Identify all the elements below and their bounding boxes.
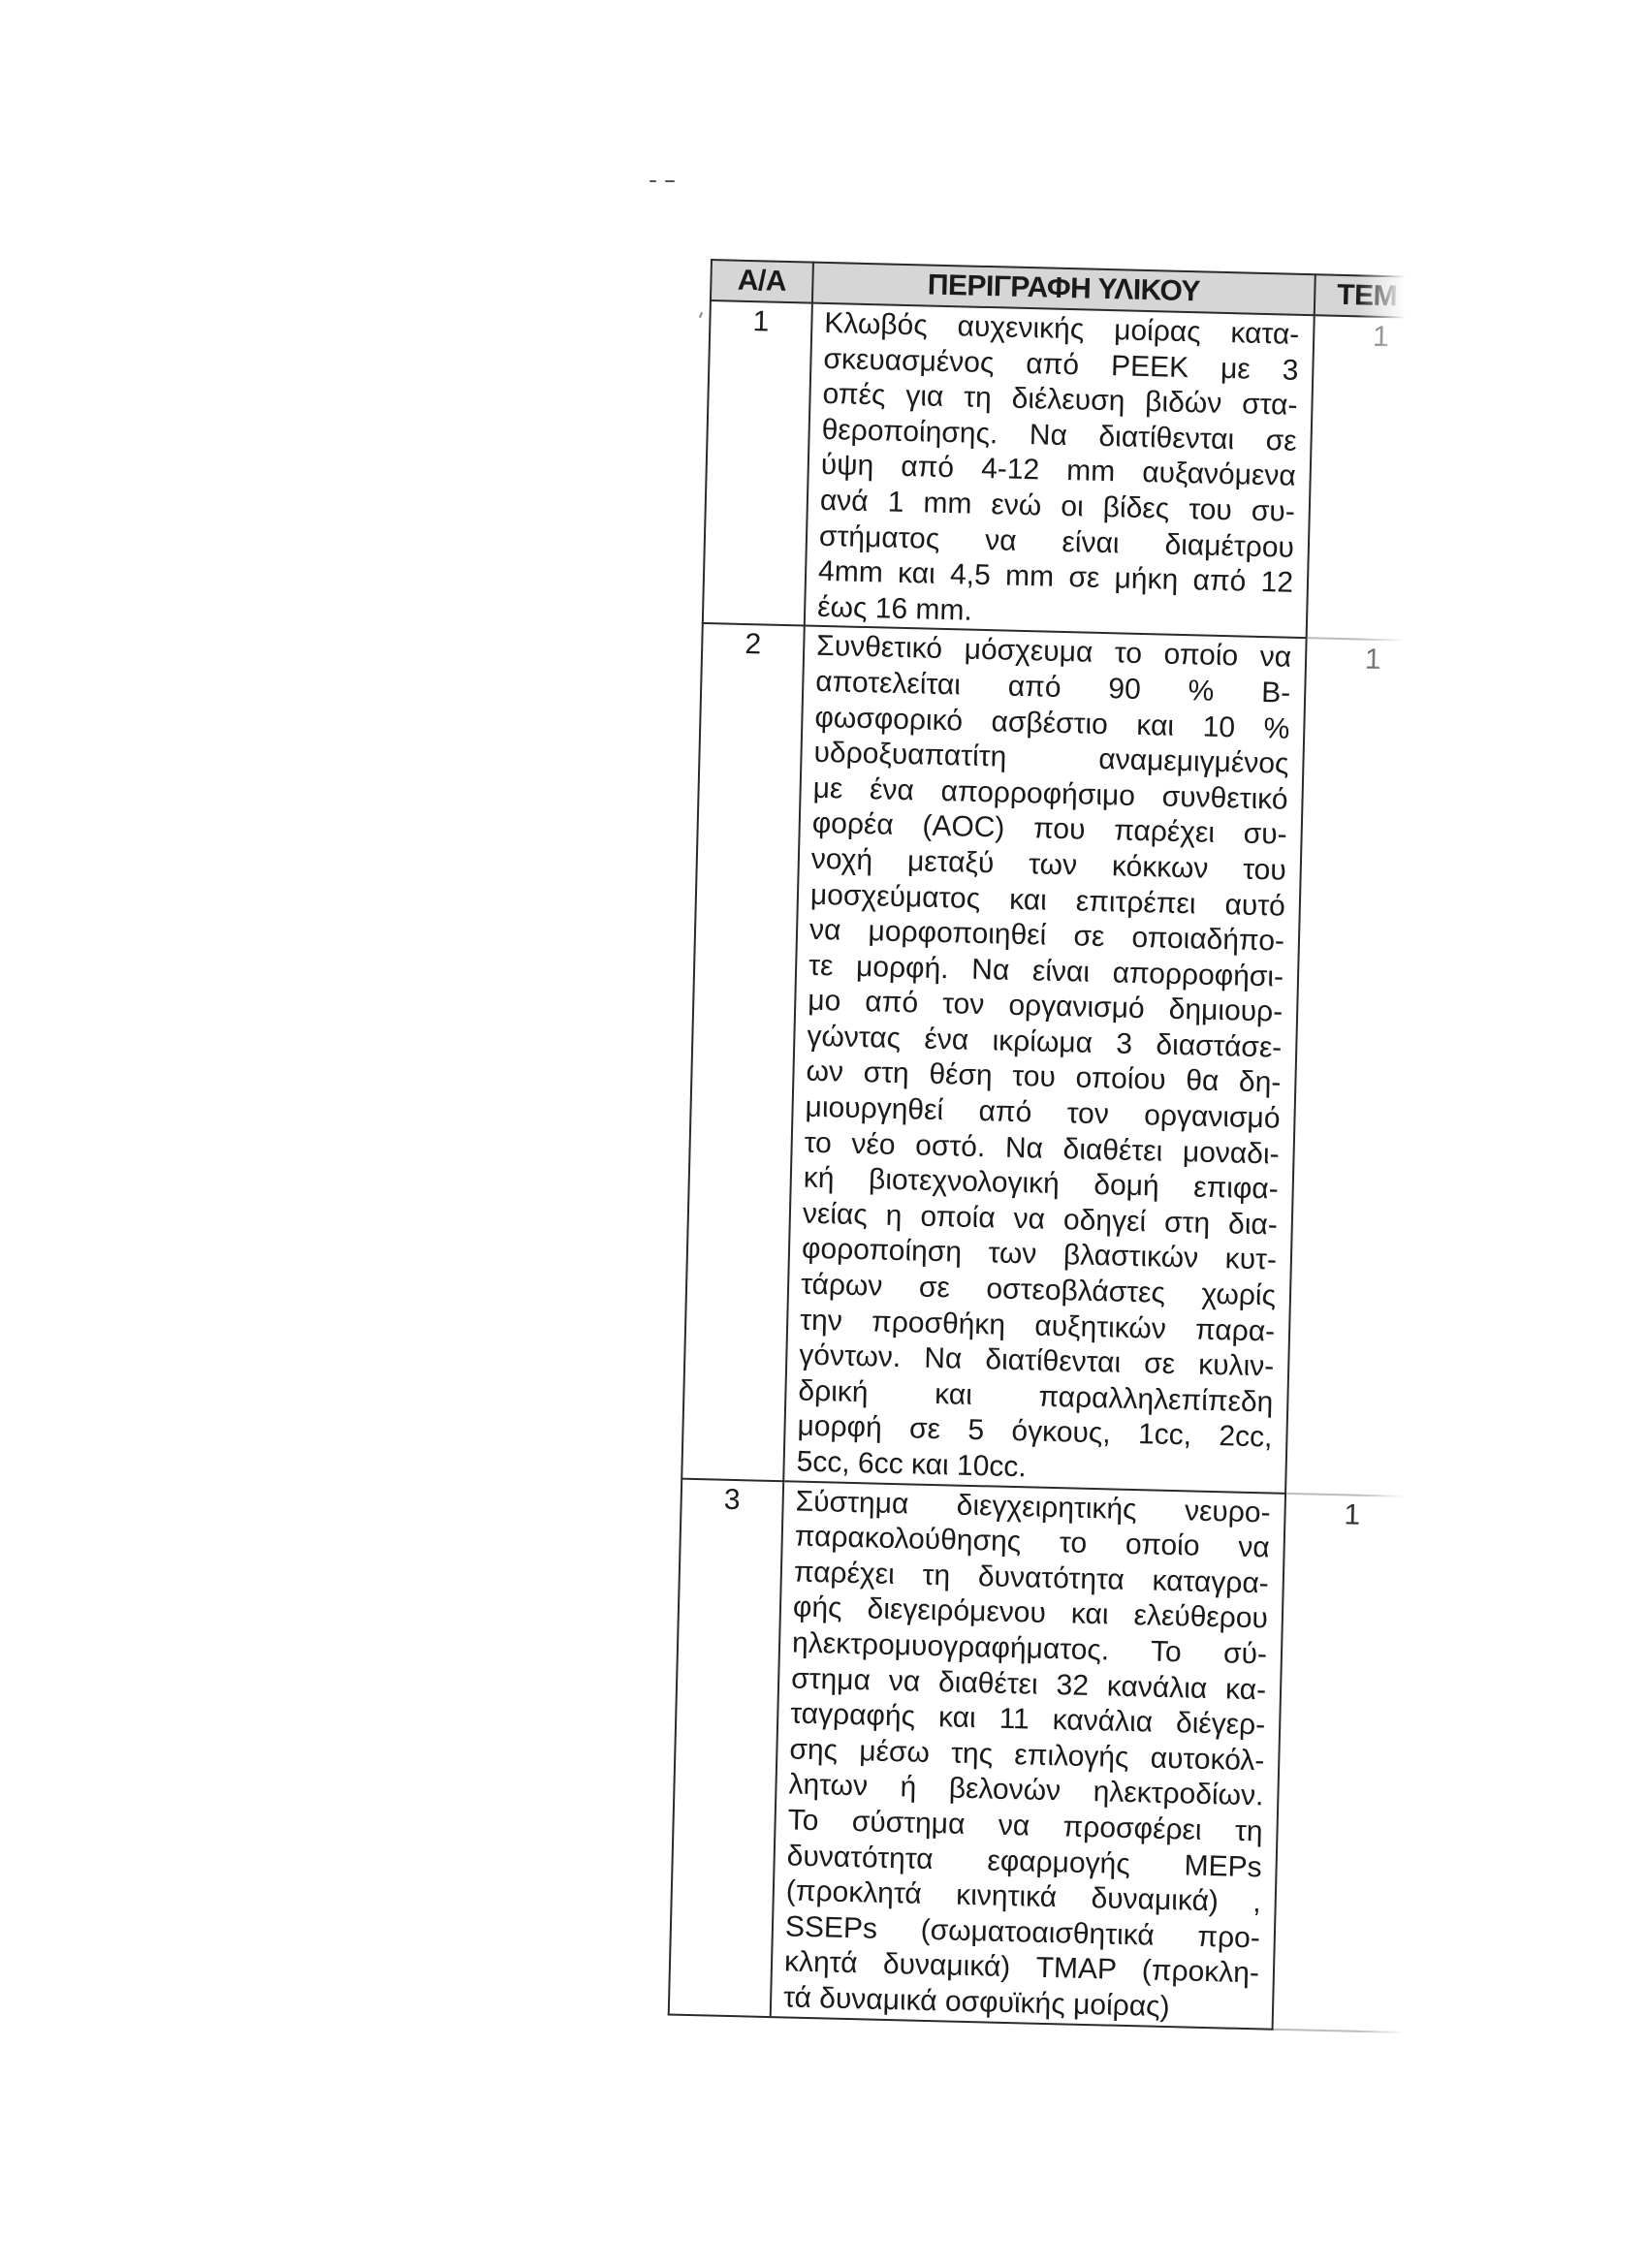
row-quantity: 1: [1273, 1493, 1464, 2032]
table-row: 3 Σύστημα διεγχειρητικής νευρο-παρακολού…: [669, 1478, 1464, 2032]
row-quantity: 1: [1285, 638, 1485, 1496]
table-row: 1 Κλωβός αυχενικής μοίρας κατα-σκευασμέν…: [703, 300, 1493, 643]
row-description: Συνθετικό μόσχευμα το οποίο νααποτελείτα…: [783, 626, 1306, 1494]
row-quantity: 1: [1307, 315, 1493, 643]
table-body: 1 Κλωβός αυχενικής μοίρας κατα-σκευασμέν…: [669, 300, 1493, 2033]
materials-spec-table: Α/Α ΠΕΡΙΓΡΑΦΗ ΥΛΙΚΟΥ ΤΕΜ 1 Κλωβός αυχενι…: [668, 259, 1494, 2034]
row-description: Σύστημα διεγχειρητικής νευρο-παρακολούθη…: [771, 1481, 1285, 2029]
column-header-number: Α/Α: [711, 260, 813, 303]
row-number: 1: [703, 300, 812, 626]
materials-spec-table-container: Α/Α ΠΕΡΙΓΡΑΦΗ ΥΛΙΚΟΥ ΤΕΜ 1 Κλωβός αυχενι…: [668, 259, 1494, 2034]
scan-artifact-marks: [650, 180, 688, 184]
table-row: 2 Συνθετικό μόσχευμα το οποίο νααποτελεί…: [681, 623, 1484, 1497]
row-number: 3: [669, 1478, 783, 2016]
column-header-quantity: ΤΕΜ: [1315, 274, 1494, 319]
row-description: Κλωβός αυχενικής μοίρας κατα-σκευασμένος…: [805, 303, 1315, 639]
scan-artifact-tick: [699, 312, 703, 318]
